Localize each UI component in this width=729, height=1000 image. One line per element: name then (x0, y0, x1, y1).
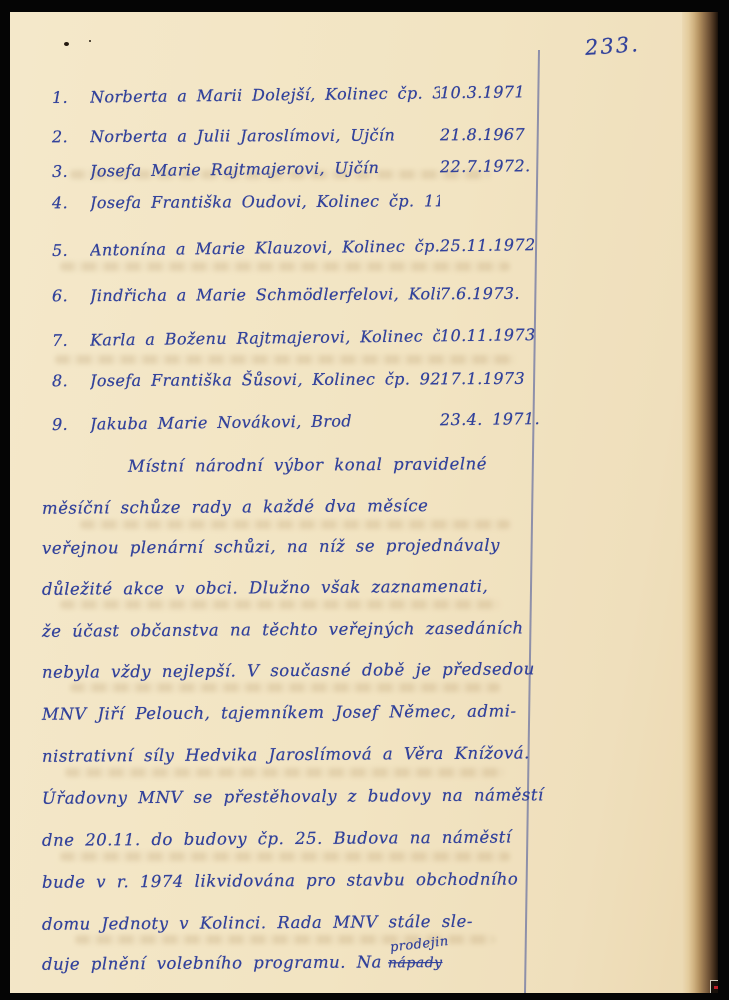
entry-date: 10.11.1973 (440, 325, 548, 345)
entry-date: 22.7.1972. (440, 156, 548, 176)
paragraph-line: veřejnou plenární schůzi, na níž se proj… (42, 535, 552, 558)
entry-row: 6. Jindřicha a Marie Schmödlerfelovi, Ko… (52, 284, 548, 306)
entry-row: 4. Josefa Františka Oudovi, Kolinec čp. … (52, 191, 548, 213)
handwritten-correction: prodejinnápady (388, 952, 443, 971)
entry-number: 3. (52, 162, 90, 181)
paragraph-line: důležité akce v obci. Dlužno však zaznam… (42, 576, 552, 599)
paragraph-line: Úřadovny MNV se přestěhovaly z budovy na… (42, 785, 552, 808)
entry-date: 25.11.1972 (440, 235, 548, 255)
paragraph-line: nistrativní síly Hedvika Jaroslímová a V… (42, 743, 552, 766)
paragraph-line: nebyla vždy nejlepší. V současné době je… (42, 659, 552, 682)
entry-number: 2. (52, 127, 90, 146)
entry-number: 8. (52, 371, 90, 390)
paragraph-line: MNV Jiří Pelouch, tajemníkem Josef Němec… (42, 701, 552, 724)
struck-through-word: nápady (388, 955, 443, 971)
entry-text: Josefa Františka Šůsovi, Kolinec čp. 92. (90, 369, 440, 390)
entry-row: 2. Norberta a Julii Jaroslímovi, Ujčín 2… (52, 125, 548, 147)
entry-row: 8. Josefa Františka Šůsovi, Kolinec čp. … (52, 369, 548, 391)
entry-number: 4. (52, 193, 90, 212)
book-page-edges (682, 12, 718, 993)
entry-number: 9. (52, 415, 90, 434)
ink-bleed-through (60, 600, 500, 609)
entry-date: 23.4. 1971. (440, 409, 548, 429)
entry-number: 6. (52, 286, 90, 305)
paragraph-last-line: duje plnění volebního programu. Naprodej… (42, 951, 552, 974)
ink-bleed-through (60, 852, 510, 861)
page-number: 233. (584, 32, 640, 60)
ink-bleed-through (80, 520, 510, 529)
ink-bleed-through (55, 355, 515, 364)
entry-number: 7. (52, 331, 90, 350)
paragraph-line: měsíční schůze rady a každé dva měsíce (42, 495, 552, 518)
entry-text: Norberta a Julii Jaroslímovi, Ujčín (90, 125, 440, 146)
paper-speck (89, 40, 91, 42)
red-dash-marker-icon (710, 980, 725, 994)
entry-number: 5. (52, 241, 90, 260)
entry-text: Josefa Františka Oudovi, Kolinec čp. 111… (90, 191, 440, 212)
paragraph-line: bude v r. 1974 likvidována pro stavbu ob… (42, 869, 552, 892)
entry-date: 7.6.1973. (440, 284, 548, 304)
entry-date: 17.1.1973 (440, 369, 548, 389)
paragraph-line-text: duje plnění volebního programu. Na (42, 952, 382, 973)
ink-bleed-through (60, 262, 510, 271)
entry-date: 10.3.1971 (440, 82, 548, 102)
entry-date: 21.8.1967 (440, 125, 548, 145)
scanned-chronicle-page: 233. 1. Norberta a Marii Dolejší, Koline… (0, 0, 729, 1000)
paragraph-line: že účast občanstva na těchto veřejných z… (42, 618, 552, 641)
paper-speck (64, 42, 69, 46)
entry-number: 1. (52, 88, 90, 107)
paragraph-line: Místní národní výbor konal pravidelné (128, 453, 638, 476)
paragraph-line: dne 20.11. do budovy čp. 25. Budova na n… (42, 827, 552, 850)
entry-text: Jindřicha a Marie Schmödlerfelovi, Kolin… (90, 284, 440, 305)
paragraph-line: domu Jednoty v Kolinci. Rada MNV stále s… (42, 911, 552, 934)
red-dash-bar (714, 986, 722, 989)
ink-bleed-through (70, 683, 500, 692)
entry-date (440, 206, 548, 207)
ink-bleed-through (65, 768, 505, 777)
